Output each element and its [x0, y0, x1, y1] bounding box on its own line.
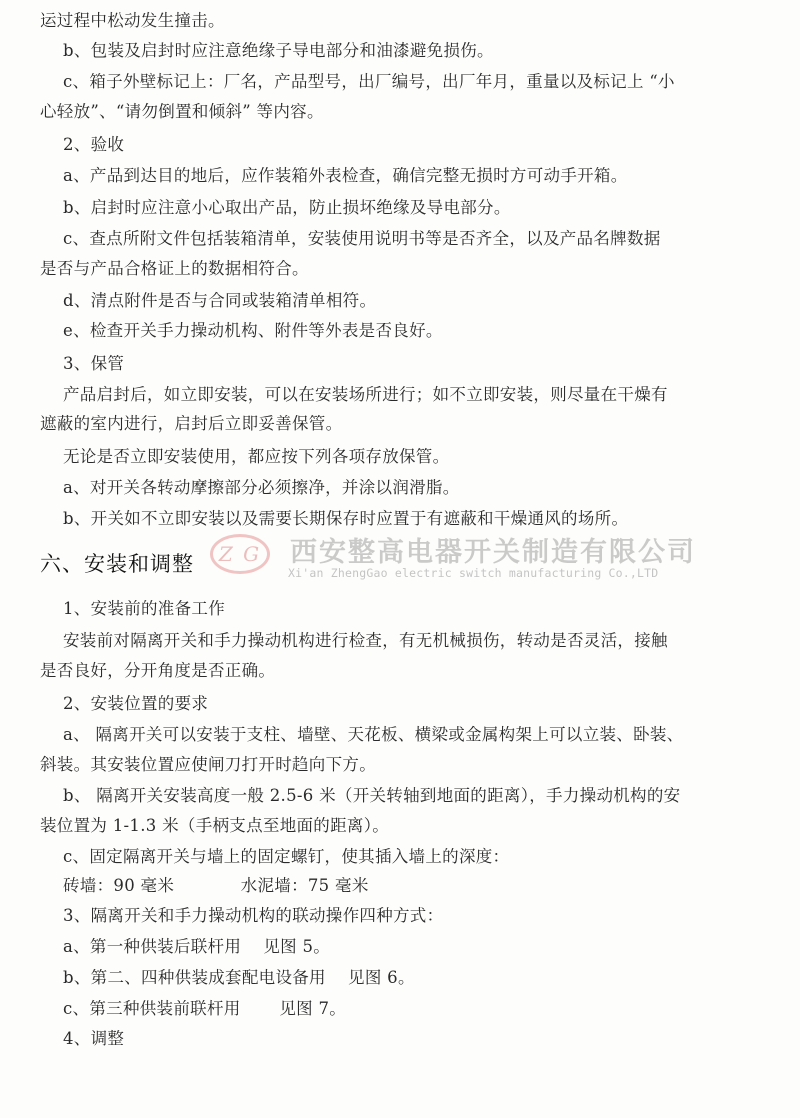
text-line: b、 隔离开关安装高度一般 2.5-6 米（开关转轴到地面的距离），手力操动机构… [63, 785, 680, 807]
wall-depth-values: 砖墙：90 毫米 水泥墙：75 毫米 [63, 875, 369, 897]
text-line: c、箱子外壁标记上：厂名，产品型号，出厂编号，出厂年月，重量以及标记上 “小 [63, 71, 675, 93]
text-line: 是否与产品合格证上的数据相符合。 [40, 258, 309, 280]
text-line: d、清点附件是否与合同或装箱清单相符。 [63, 290, 376, 312]
watermark-company-name-cn: 西安整高电器开关制造有限公司 [290, 530, 696, 569]
text-line: 遮蔽的室内进行，启封后立即妥善保管。 [40, 413, 342, 435]
text-line: a、产品到达目的地后，应作装箱外表检查，确信完整无损时方可动手开箱。 [63, 165, 628, 187]
document-page: 运过程中松动发生撞击。 b、包装及启封时应注意绝缘子导电部分和油漆避免损伤。 c… [0, 0, 800, 1118]
watermark-company-name-en: Xi'an ZhengGao electric switch manufactu… [288, 566, 658, 580]
subsection-heading-linkage: 3、隔离开关和手力操动机构的联动操作四种方式： [63, 905, 443, 927]
text-line: a、第一种供装后联杆用 见图 5。 [63, 936, 330, 958]
subsection-heading-acceptance: 2、验收 [63, 134, 124, 156]
text-line: 是否良好，分开角度是否正确。 [40, 660, 275, 682]
text-line: e、检查开关手力操动机构、附件等外表是否良好。 [63, 320, 443, 342]
text-line: b、第二、四种供装成套配电设备用 见图 6。 [63, 967, 415, 989]
text-line: 安装前对隔离开关和手力操动机构进行检查，有无机械损伤，转动是否灵活，接触 [63, 630, 668, 652]
subsection-heading-preparation: 1、安装前的准备工作 [63, 598, 225, 620]
section-heading-installation: 六、安装和调整 [40, 548, 194, 578]
text-line: c、查点所附文件包括装箱清单，安装使用说明书等是否齐全，以及产品名牌数据 [63, 228, 661, 250]
text-line: b、包装及启封时应注意绝缘子导电部分和油漆避免损伤。 [63, 40, 494, 62]
text-line: a、 隔离开关可以安装于支柱、墙壁、天花板、横梁或金属构架上可以立装、卧装、 [63, 724, 683, 746]
zg-logo-icon: Z G [210, 534, 270, 574]
text-line: a、对开关各转动摩擦部分必须擦净，并涂以润滑脂。 [63, 477, 460, 499]
company-watermark: Z G 西安整高电器开关制造有限公司 Xi'an ZhengGao electr… [210, 530, 640, 586]
text-line: c、第三种供装前联杆用 见图 7。 [63, 998, 346, 1020]
subsection-heading-storage: 3、保管 [63, 353, 124, 375]
text-line: 产品启封后，如立即安装，可以在安装场所进行；如不立即安装，则尽量在干燥有 [63, 384, 668, 406]
text-line: 运过程中松动发生撞击。 [40, 10, 225, 32]
text-line: 装位置为 1-1.3 米（手柄支点至地面的距离）。 [40, 815, 389, 837]
text-line: 心轻放”、“请勿倒置和倾斜” 等内容。 [40, 101, 324, 123]
text-line: 无论是否立即安装使用，都应按下列各项存放保管。 [63, 446, 449, 468]
subsection-heading-position: 2、安装位置的要求 [63, 693, 208, 715]
text-line: b、开关如不立即安装以及需要长期保存时应置于有遮蔽和干燥通风的场所。 [63, 508, 628, 530]
subsection-heading-adjustment: 4、调整 [63, 1028, 124, 1050]
text-line: c、固定隔离开关与墙上的固定螺钉，使其插入墙上的深度： [63, 846, 509, 868]
text-line: b、启封时应注意小心取出产品，防止损坏绝缘及导电部分。 [63, 197, 511, 219]
text-line: 斜装。其安装位置应使闸刀打开时趋向下方。 [40, 754, 376, 776]
